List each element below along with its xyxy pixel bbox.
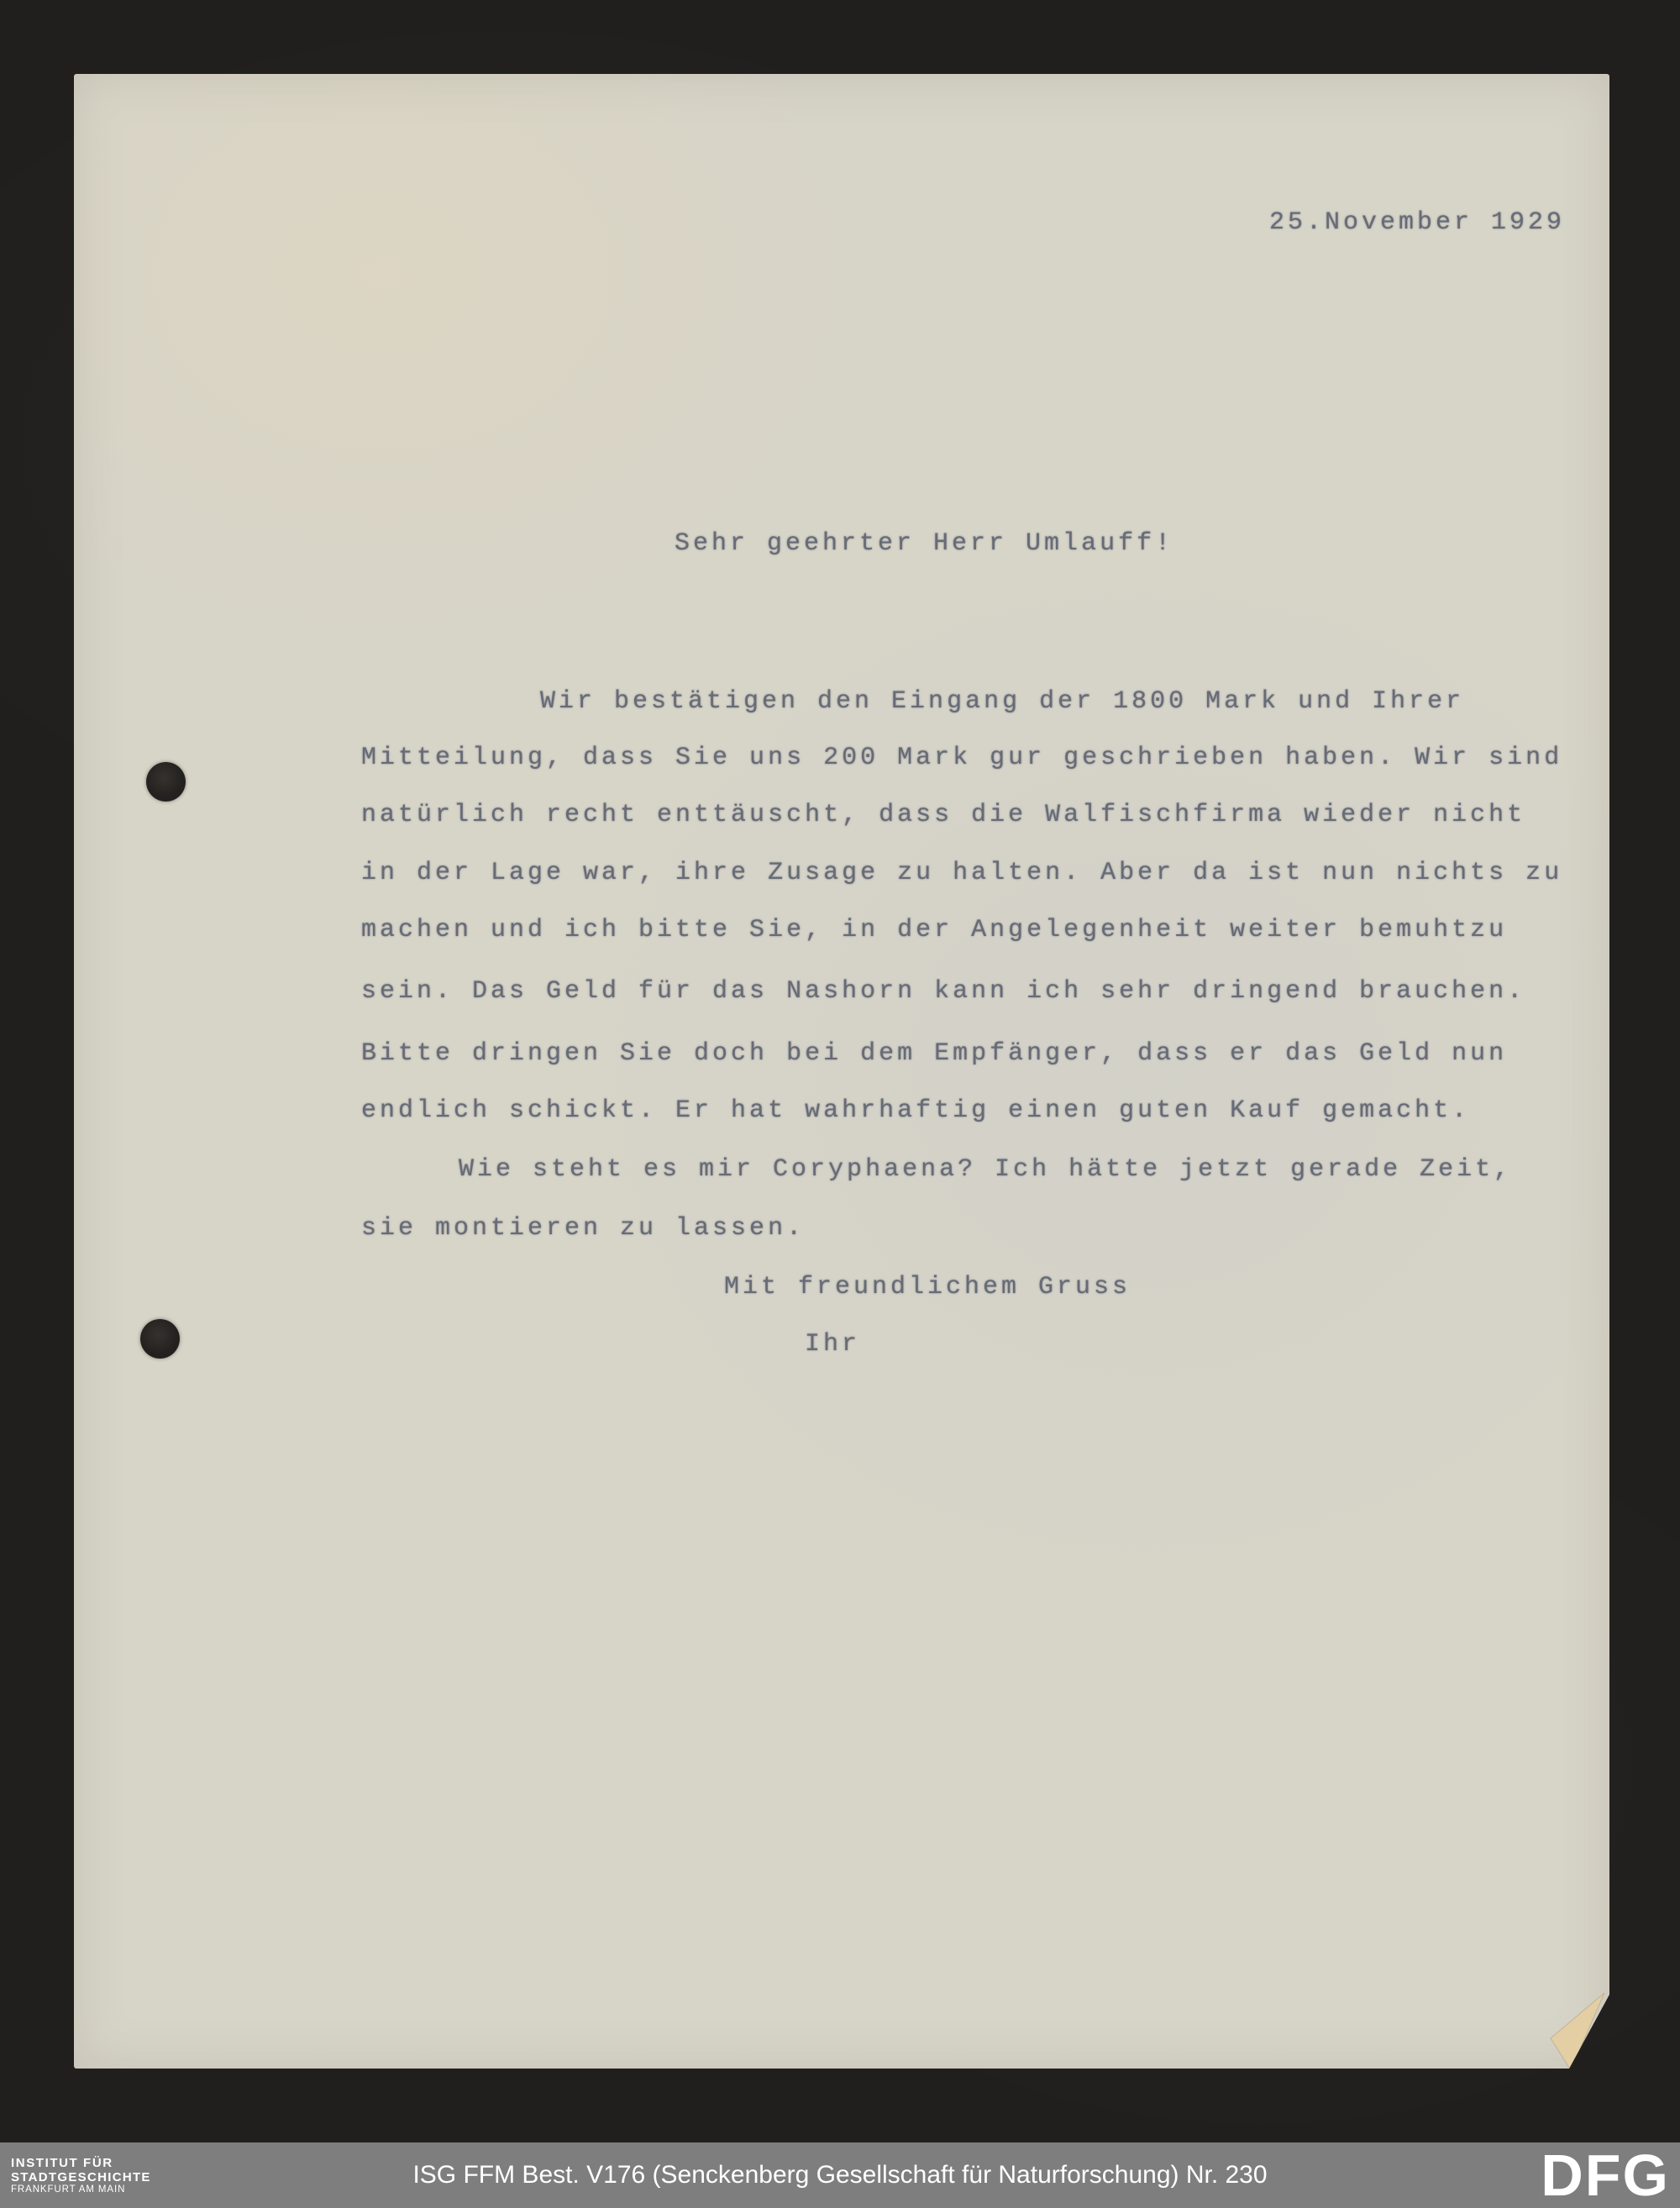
letter-body-line: endlich schickt. Er hat wahrhaftig einen…: [361, 1096, 1470, 1125]
letter-date: 25.November 1929: [1269, 208, 1565, 237]
institute-logo-line1: INSTITUT FÜR: [11, 2157, 151, 2169]
dfg-logo: DFG: [1541, 2146, 1670, 2205]
punch-hole-bottom: [140, 1319, 180, 1359]
letter-body-line: natürlich recht enttäuscht, dass die Wal…: [361, 801, 1525, 829]
letter-body-line: Mitteilung, dass Sie uns 200 Mark gur ge…: [361, 744, 1562, 772]
institute-logo: INSTITUT FÜR STADTGESCHICHTE FRANKFURT A…: [11, 2157, 151, 2195]
letter-body-line: Wie steht es mir Coryphaena? Ich hätte j…: [459, 1155, 1512, 1184]
letter-body-line: Bitte dringen Sie doch bei dem Empfänger…: [361, 1039, 1507, 1068]
letter-body-line: machen und ich bitte Sie, in der Angeleg…: [361, 916, 1507, 944]
letter-salutation: Sehr geehrter Herr Umlauff!: [675, 529, 1173, 558]
institute-logo-line3: FRANKFURT AM MAIN: [11, 2185, 151, 2195]
letter-body-line: Wir bestätigen den Eingang der 1800 Mark…: [540, 687, 1464, 716]
punch-hole-top: [146, 762, 186, 802]
letter-body-line: sein. Das Geld für das Nashorn kann ich …: [361, 977, 1525, 1006]
footer-bar: INSTITUT FÜR STADTGESCHICHTE FRANKFURT A…: [0, 2142, 1680, 2208]
letter-body-line: sie montieren zu lassen.: [361, 1214, 805, 1243]
letter-page: 25.November 1929 Sehr geehrter Herr Umla…: [74, 74, 1609, 2069]
letter-body-line: in der Lage war, ihre Zusage zu halten. …: [361, 859, 1562, 887]
folded-corner: [1549, 1991, 1608, 2072]
letter-body-line: Ihr: [805, 1330, 860, 1359]
letter-body-line: Mit freundlichem Gruss: [724, 1273, 1131, 1301]
institute-logo-line2: STADTGESCHICHTE: [11, 2171, 151, 2184]
archive-reference: ISG FFM Best. V176 (Senckenberg Gesellsc…: [412, 2161, 1267, 2190]
archive-scan-viewer: 25.November 1929 Sehr geehrter Herr Umla…: [0, 0, 1680, 2208]
